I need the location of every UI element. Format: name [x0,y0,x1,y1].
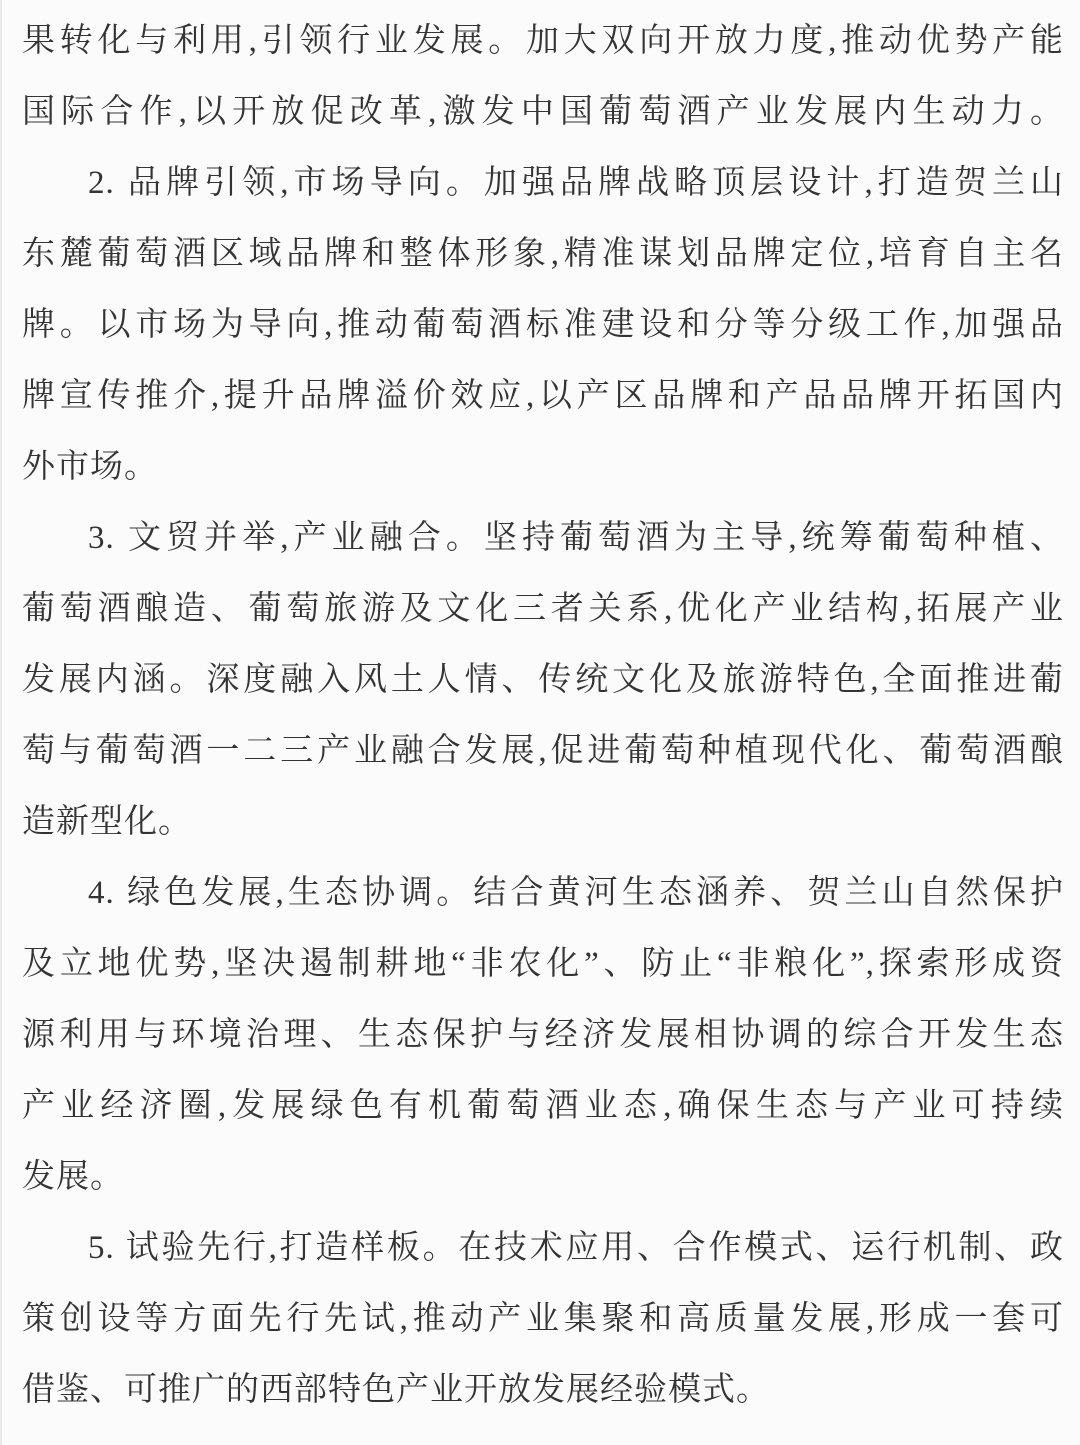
text-line: 5. 试验先行,打造样板。在技术应用、合作模式、运行机制、政 [22,1213,1064,1284]
text-line: 发展内涵。深度融入风土人情、传统文化及旅游特色,全面推进葡 [22,645,1064,716]
document-body: 果转化与利用,引领行业发展。加大双向开放力度,推动优势产能国际合作,以开放促改革… [22,6,1064,1426]
text-line: 造新型化。 [22,787,1064,858]
text-line: 4. 绿色发展,生态协调。结合黄河生态涵养、贺兰山自然保护 [22,858,1064,929]
text-line: 2. 品牌引领,市场导向。加强品牌战略顶层设计,打造贺兰山 [22,148,1064,219]
text-line: 葡萄酒酿造、葡萄旅游及文化三者关系,优化产业结构,拓展产业 [22,574,1064,645]
text-line: 东麓葡萄酒区域品牌和整体形象,精准谋划品牌定位,培育自主名 [22,219,1064,290]
text-line: 借鉴、可推广的西部特色产业开放发展经验模式。 [22,1355,1064,1426]
text-line: 3. 文贸并举,产业融合。坚持葡萄酒为主导,统筹葡萄种植、 [22,503,1064,574]
text-line: 策创设等方面先行先试,推动产业集聚和高质量发展,形成一套可 [22,1284,1064,1355]
text-line: 牌宣传推介,提升品牌溢价效应,以产区品牌和产品品牌开拓国内 [22,361,1064,432]
document-page: 果转化与利用,引领行业发展。加大双向开放力度,推动优势产能国际合作,以开放促改革… [0,0,1080,1445]
text-line: 源利用与环境治理、生态保护与经济发展相协调的综合开发生态 [22,1000,1064,1071]
text-line: 国际合作,以开放促改革,激发中国葡萄酒产业发展内生动力。 [22,77,1064,148]
text-line: 发展。 [22,1142,1064,1213]
text-line: 外市场。 [22,432,1064,503]
text-line: 萄与葡萄酒一二三产业融合发展,促进葡萄种植现代化、葡萄酒酿 [22,716,1064,787]
text-line: 产业经济圈,发展绿色有机葡萄酒业态,确保生态与产业可持续 [22,1071,1064,1142]
text-line: 牌。以市场为导向,推动葡萄酒标准建设和分等分级工作,加强品 [22,290,1064,361]
text-line: 及立地优势,坚决遏制耕地“非农化”、防止“非粮化”,探索形成资 [22,929,1064,1000]
text-line: 果转化与利用,引领行业发展。加大双向开放力度,推动优势产能 [22,6,1064,77]
